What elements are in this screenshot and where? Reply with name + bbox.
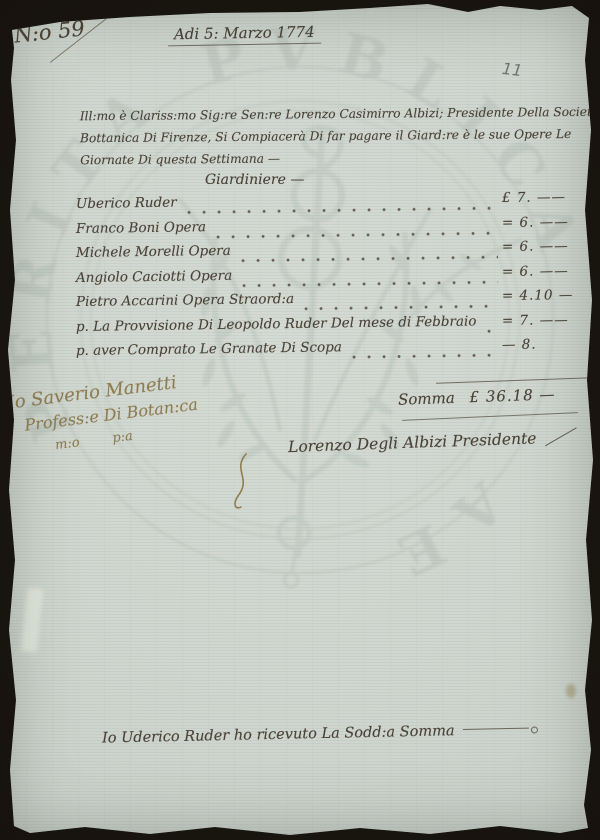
manuscript-scan: PVBLICA PERITA AE — [0, 0, 600, 840]
paper-sheet: PVBLICA PERITA AE — [0, 0, 600, 840]
paper-edge-shading — [0, 0, 600, 840]
